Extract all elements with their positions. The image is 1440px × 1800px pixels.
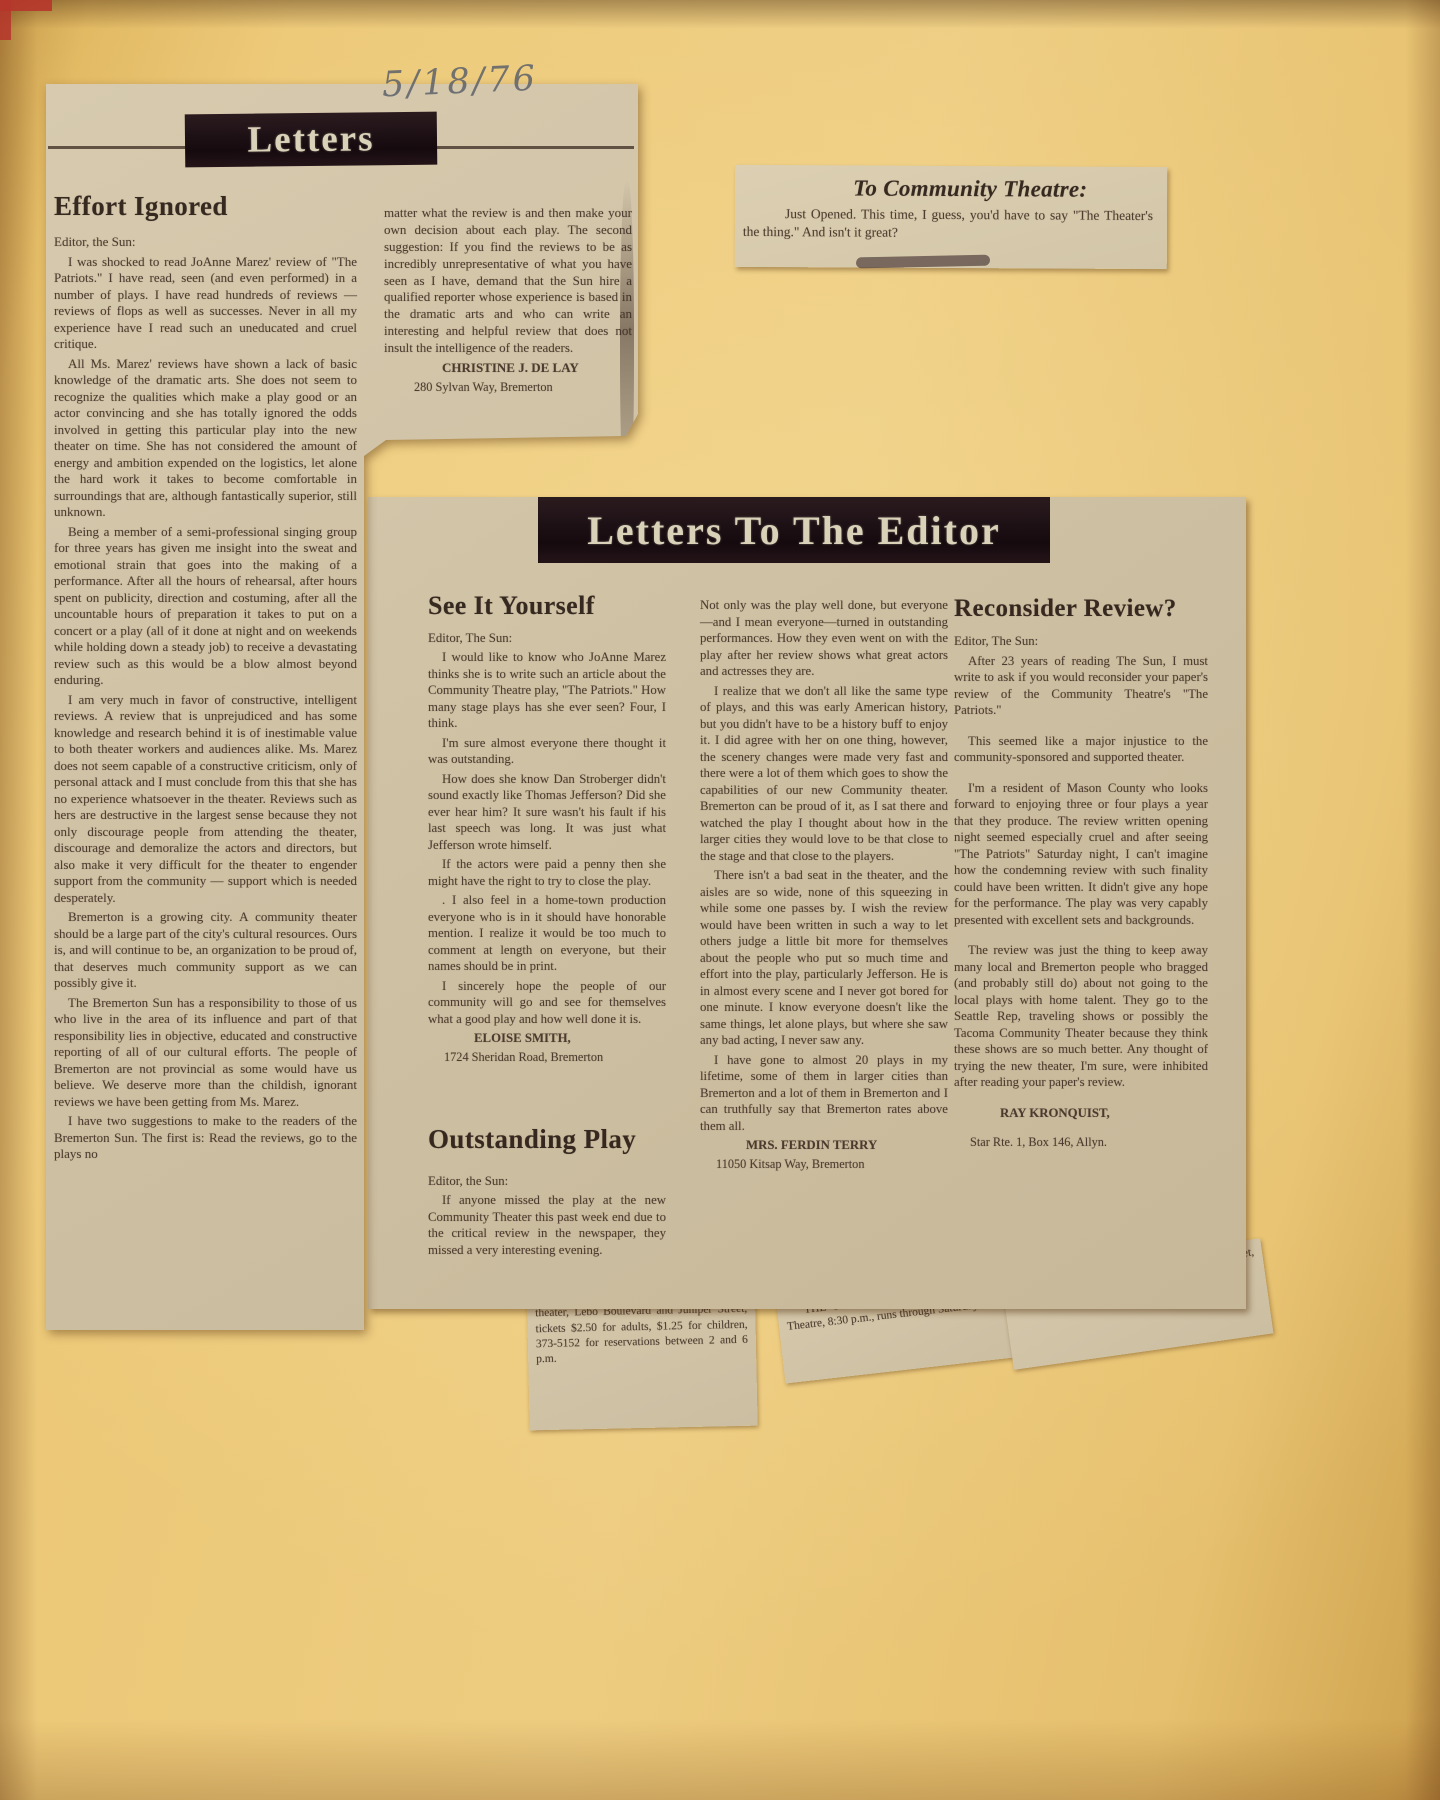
- paragraph: I realize that we don't all like the sam…: [700, 683, 948, 865]
- paragraph: The review was just the thing to keep aw…: [954, 942, 1208, 1091]
- headline-effort-ignored: Effort Ignored: [54, 191, 228, 222]
- effort-ignored-column-1: Editor, the Sun: I was shocked to read J…: [54, 234, 357, 1166]
- paragraph: After 23 years of reading The Sun, I mus…: [954, 653, 1208, 719]
- community-theatre-body: Just Opened. This time, I guess, you'd h…: [743, 205, 1153, 242]
- letter-signature: RAY KRONQUIST,: [954, 1105, 1208, 1122]
- scrapbook-page: { "page": { "handwritten_date": "5/18/76…: [0, 0, 1440, 1800]
- paragraph: All Ms. Marez' reviews have shown a lack…: [54, 356, 357, 521]
- letter-signature: CHRISTINE J. DE LAY: [384, 360, 632, 377]
- paragraph: I'm a resident of Mason County who looks…: [954, 780, 1208, 929]
- clipping-effort-ignored-paper: Letters Effort Ignored Editor, the Sun: …: [46, 84, 638, 1330]
- letter-signature: MRS. FERDIN TERRY: [700, 1137, 948, 1154]
- paragraph: Being a member of a semi-professional si…: [54, 524, 357, 689]
- letters-banner: Letters: [185, 112, 438, 168]
- paragraph: This seemed like a major injustice to th…: [954, 733, 1208, 766]
- reconsider-review-column: Reconsider Review? Editor, The Sun: Afte…: [954, 593, 1208, 1165]
- paragraph: I was shocked to read JoAnne Marez' revi…: [54, 254, 357, 353]
- red-corner-mark: [0, 0, 11, 40]
- effort-ignored-column-2: matter what the review is and then make …: [384, 205, 632, 399]
- torn-edge: [620, 180, 634, 510]
- outstanding-play-continued-column: Not only was the play well done, but eve…: [700, 597, 948, 1175]
- paragraph: I have gone to almost 20 plays in my lif…: [700, 1052, 948, 1135]
- paragraph: I am very much in favor of constructive,…: [54, 692, 357, 907]
- paragraph: I have two suggestions to make to the re…: [54, 1113, 357, 1163]
- letter-address: 11050 Kitsap Way, Bremerton: [700, 1157, 948, 1173]
- clipping-effort-ignored: Letters Effort Ignored Editor, the Sun: …: [46, 84, 638, 1330]
- paragraph: Not only was the play well done, but eve…: [700, 597, 948, 680]
- letter-address: 280 Sylvan Way, Bremerton: [384, 380, 632, 396]
- paragraph: There isn't a bad seat in the theater, a…: [700, 867, 948, 1049]
- paragraph: matter what the review is and then make …: [384, 205, 632, 357]
- paragraph: Bremerton is a growing city. A community…: [54, 909, 357, 992]
- clipping-to-community-theatre: To Community Theatre: Just Opened. This …: [735, 165, 1168, 269]
- paragraph: The Bremerton Sun has a responsibility t…: [54, 995, 357, 1111]
- handwritten-date: 5/18/76: [381, 59, 539, 106]
- headline-to-community-theatre: To Community Theatre:: [853, 175, 1157, 203]
- salutation: Editor, the Sun:: [54, 234, 357, 251]
- headline-reconsider-review: Reconsider Review?: [954, 593, 1208, 625]
- paragraph: Just Opened. This time, I guess, you'd h…: [743, 205, 1153, 242]
- letter-address: Star Rte. 1, Box 146, Allyn.: [954, 1135, 1208, 1151]
- salutation: Editor, The Sun:: [954, 633, 1208, 650]
